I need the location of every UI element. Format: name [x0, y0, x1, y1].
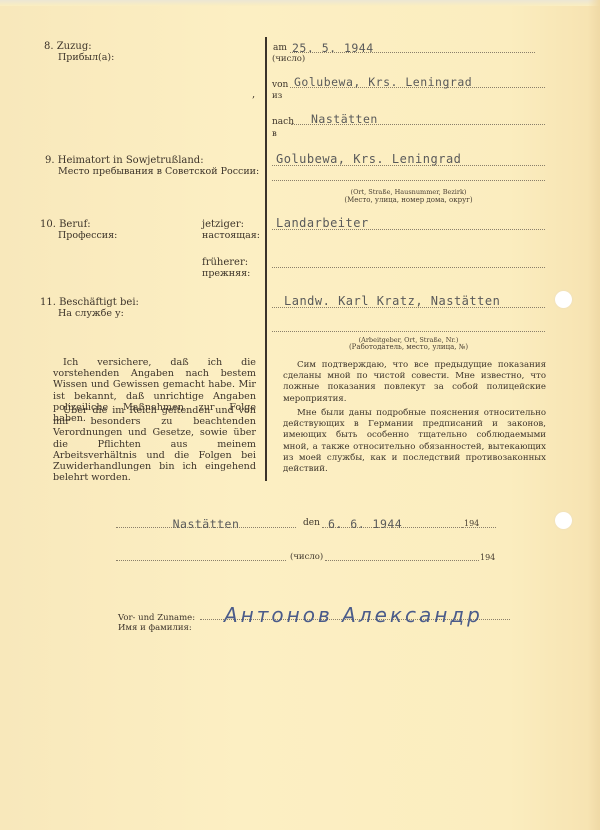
item9-field[interactable]: Golubewa, Krs. Leningrad	[272, 148, 545, 166]
item8-am-value: 25. 5. 1944	[292, 41, 374, 55]
place-value: Nastätten	[173, 517, 240, 531]
item8-label-de: 8. Zuzug:	[44, 41, 92, 52]
chislo-label-2: (число)	[290, 552, 323, 563]
signature-field[interactable]: Антонов Александр	[200, 603, 510, 620]
punch-hole-bottom	[555, 512, 572, 529]
item11-label-ru: На службе у:	[58, 308, 124, 319]
item10-former-field[interactable]	[272, 250, 545, 268]
item9-hint-de: (Ort, Straße, Hausnummer, Bezirk)	[272, 188, 545, 196]
item8-von-value: Golubewa, Krs. Leningrad	[294, 75, 472, 89]
declaration-ru-p2: Мне были даны подробные пояснения относи…	[283, 408, 546, 475]
item11-hint-ru: (Работодатель, место, улица, №)	[272, 343, 545, 351]
item11-label-de: 11. Beschäftigt bei:	[40, 297, 139, 308]
item10-current-ru: настоящая:	[202, 230, 260, 241]
item8-nach-field[interactable]: Nastätten	[291, 108, 545, 125]
item10-current-de: jetziger:	[202, 219, 244, 230]
punch-hole-top	[555, 291, 572, 308]
item8-von-label: von	[272, 80, 288, 91]
signature-value: Антонов Александр	[224, 603, 483, 627]
item8-am-label: am	[273, 43, 287, 54]
comma-mark: ,	[252, 89, 255, 100]
item11-field-line2[interactable]	[272, 322, 545, 332]
date-field-ru[interactable]	[325, 548, 495, 561]
place-field[interactable]: Nastätten	[116, 513, 296, 528]
item9-field-line2[interactable]	[272, 171, 545, 181]
declaration-de-p2: Über die im Reich geltenden und von mir …	[53, 405, 256, 483]
item8-chislo-label: (число)	[272, 54, 305, 65]
item8-v-label: в	[272, 129, 277, 140]
item10-current-field[interactable]: Landarbeiter	[272, 212, 545, 230]
item10-former-de: früherer:	[202, 257, 248, 268]
item10-label-ru: Профессия:	[58, 230, 117, 241]
declaration-ru-p1: Сим подтверждаю, что все предыдущие пока…	[283, 360, 546, 405]
item10-current-value: Landarbeiter	[276, 216, 369, 230]
den-label: den	[303, 518, 320, 529]
place-field-ru[interactable]	[116, 548, 286, 561]
item8-am-field[interactable]: 25. 5. 1944	[290, 37, 535, 53]
item8-von-field[interactable]: Golubewa, Krs. Leningrad	[290, 71, 545, 88]
item11-value: Landw. Karl Kratz, Nastätten	[284, 294, 500, 308]
item10-former-ru: прежняя:	[202, 268, 250, 279]
column-divider	[265, 37, 267, 481]
item9-label-de: 9. Heimatort in Sowjetrußland:	[45, 155, 204, 166]
year-prefix: 194	[464, 519, 479, 528]
item9-hint-ru: (Место, улица, номер дома, округ)	[272, 196, 545, 204]
signature-label-ru: Имя и фамилия:	[118, 623, 192, 634]
item9-value: Golubewa, Krs. Leningrad	[276, 152, 461, 166]
page-right-edge	[588, 0, 600, 830]
item11-field[interactable]: Landw. Karl Kratz, Nastätten	[272, 290, 545, 308]
item8-label-ru: Прибыл(а):	[58, 52, 114, 63]
date-value: 6. 6. 1944	[328, 517, 402, 531]
item8-iz-label: из	[272, 91, 282, 102]
document-page: 8. Zuzug: Прибыл(а): am 25. 5. 1944 (чис…	[0, 0, 600, 830]
item10-label-de: 10. Beruf:	[40, 219, 91, 230]
item9-label-ru: Место пребывания в Советской России:	[58, 166, 259, 177]
page-top-edge	[0, 0, 600, 6]
date-field[interactable]: 6. 6. 1944	[322, 513, 462, 528]
item8-nach-value: Nastätten	[311, 112, 378, 126]
year-prefix-2: 194	[480, 553, 495, 562]
